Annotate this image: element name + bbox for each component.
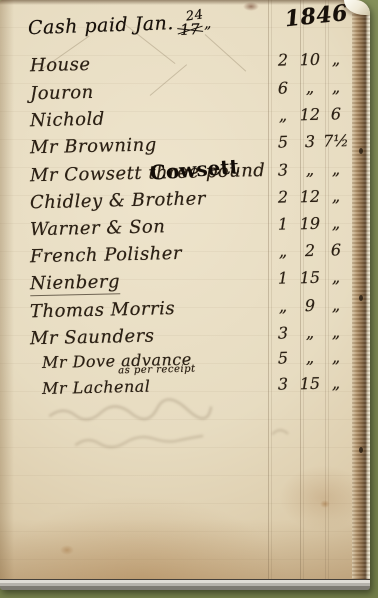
ledger-header: Cash paid Jan.2417„ 1846 [28,9,213,43]
amount-pounds: 3 [272,374,294,393]
fox-spot [60,545,74,555]
fox-spot [320,500,330,508]
entry-name: Warner & Son [30,216,166,240]
ledger-photo: Cash paid Jan.2417„ 1846 House 2 10 „ Jo… [0,0,370,590]
amount-pounds: „ [272,241,294,260]
amount-shillings: 2 [297,241,323,261]
amount-shillings: 12 [297,187,323,207]
ink-smudge [243,2,259,11]
amount-pence: 6 [323,240,349,260]
binding-mark [359,148,363,154]
amount-pounds: 5 [272,348,294,367]
amount-pence: „ [323,213,349,233]
amount-pence: „ [323,49,349,69]
entry-name: Chidley & Brother [30,188,206,213]
date-correction: 2417 [179,9,200,38]
amount-pounds: 2 [272,50,294,69]
amount-shillings: „ [297,160,323,180]
amount-pounds: 5 [272,132,294,151]
amount-shillings: 15 [297,374,323,394]
amount-shillings: „ [297,348,323,368]
amount-pence: „ [323,295,349,315]
amount-pounds: 2 [272,187,294,206]
amount-shillings: „ [297,78,323,98]
amount-pence: 7½ [323,131,349,151]
amount-shillings: 12 [297,105,323,125]
amount-pence: „ [323,159,349,179]
entry-name: Mr Saunders [30,325,155,349]
table-edge-strip [0,579,370,590]
amount-shillings: 15 [297,268,323,288]
entry-name: Thomas Morris [30,298,176,322]
amount-pounds: „ [272,105,294,124]
amount-shillings: „ [297,323,323,343]
amount-pounds: 1 [272,268,294,287]
entry-name: Mr Lachenal [42,377,151,398]
ink-bleed-through [19,393,321,473]
amount-pounds: 6 [272,78,294,97]
amount-pence: „ [323,322,349,342]
amount-pence: „ [323,186,349,206]
date-old-struck: 17 [180,22,201,38]
entry-name: Nichold [30,109,105,132]
entry-name: House [30,54,91,76]
entry-name: Mr Browning [30,134,157,158]
entry-name: French Polisher [30,243,182,267]
binding-mark [359,295,363,301]
amount-pence: 6 [323,104,349,124]
book-page-edges [352,0,370,579]
binding-mark [359,447,363,453]
amount-pence: „ [323,347,349,367]
ledger-paper: Cash paid Jan.2417„ 1846 House 2 10 „ Jo… [0,0,352,579]
entry-name: Nienberg [30,271,121,296]
amount-pence: „ [323,77,349,97]
amount-shillings: 10 [297,50,323,70]
amount-pounds: 3 [272,160,294,179]
year-label: 1846 [284,0,350,32]
amount-pence: „ [323,267,349,287]
amount-shillings: 9 [297,296,323,316]
amount-pounds: 3 [272,323,294,342]
amount-pence: „ [323,373,349,393]
amount-pounds: 1 [272,214,294,233]
entry-name: Jouron [30,82,94,104]
header-text: Cash paid Jan. [28,12,175,39]
amount-shillings: 19 [297,214,323,234]
entry-note: as per receipt [118,364,196,377]
amount-shillings: 3 [297,132,323,152]
amount-pounds: „ [272,296,294,315]
